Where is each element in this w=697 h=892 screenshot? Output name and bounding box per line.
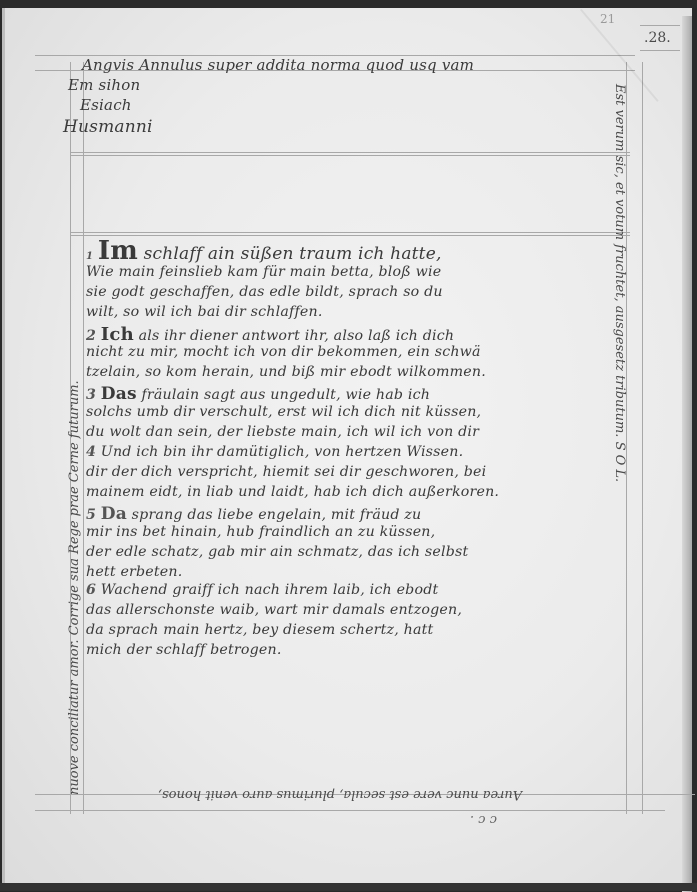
right-margin-rule-2 [642, 62, 643, 814]
poem-line: 2 Ich als ihr diener antwort ihr, also l… [86, 324, 454, 345]
poem-line-text: schlaff ain süßen traum ich hatte, [138, 244, 442, 264]
poem-line-text: Wie main feinslieb kam für main betta, b… [86, 264, 441, 280]
stanza-number: 3 [86, 387, 96, 403]
poem-line-text: Und ich bin ihr damütiglich, von hertzen… [101, 444, 464, 460]
poem-line: hett erbeten. [86, 564, 182, 580]
poem-line-text: solchs umb dir verschult, erst wil ich d… [86, 404, 481, 420]
right-margin-vertical-text: Est verum sic, et votum fruchtet, ausges… [612, 84, 627, 482]
page-edge-shadow [682, 16, 692, 891]
poem-line-text: mainem eidt, in liab und laidt, hab ich … [86, 484, 499, 500]
poem-line: 6 Wachend graiff ich nach ihrem laib, ic… [86, 582, 438, 598]
stanza-number: 6 [86, 582, 96, 598]
section-rule-1 [70, 152, 630, 153]
poem-line-text: hett erbeten. [86, 564, 182, 580]
poem-line: 3 Das fräulain sagt aus ungedult, wie ha… [86, 384, 430, 404]
drop-initial: Ich [101, 324, 134, 345]
left-margin-rule-2 [83, 62, 84, 814]
bottom-rule-2 [35, 810, 665, 811]
folio-rule-top [640, 25, 680, 26]
poem-line: 1 Im schlaff ain süßen traum ich hatte, [86, 236, 442, 266]
poem-line-text: mir ins bet hinain, hub fraindlich an zu… [86, 524, 435, 540]
poem-line-text: der edle schatz, gab mir ain schmatz, da… [86, 544, 468, 560]
stanza-number: 1 [86, 251, 93, 262]
poem-line-text: mich der schlaff betrogen. [86, 642, 282, 658]
drop-initial: Das [101, 384, 137, 404]
bottom-upside-down-text: Aurea nunc vere est secula, plurimus aur… [40, 787, 640, 802]
name-line-3-text: Husmanni [63, 117, 153, 137]
drop-initial: Im [98, 236, 138, 266]
stanza-number: 5 [86, 507, 96, 523]
poem-line: dir der dich verspricht, hiemit sei dir … [86, 464, 486, 480]
poem-line-text: du wolt dan sein, der liebste main, ich … [86, 424, 479, 440]
poem-line-text: das allerschonste waib, wart mir damals … [86, 602, 462, 618]
name-line-1: Em sihon [68, 76, 140, 94]
poem-line-text: wilt, so wil ich bai dir schlaffen. [86, 304, 323, 320]
header-motto: Angvis Annulus super addita norma quod u… [82, 56, 474, 74]
poem-line: da sprach main hertz, bey diesem schertz… [86, 622, 433, 638]
folio-rule-bottom [640, 50, 680, 51]
poem-line: tzelain, so kom herain, und biß mir ebod… [86, 364, 486, 380]
poem-line-text: nicht zu mir, mocht ich von dir bekommen… [86, 344, 481, 360]
poem-line-text: da sprach main hertz, bey diesem schertz… [86, 622, 433, 638]
poem-line: sie godt geschaffen, das edle bildt, spr… [86, 284, 443, 300]
stanza-number: 2 [86, 328, 96, 344]
poem-line-text: tzelain, so kom herain, und biß mir ebod… [86, 364, 486, 380]
folio-number: .28. [644, 30, 671, 46]
poem-line: 5 Da sprang das liebe engelain, mit fräu… [86, 504, 421, 524]
poem-line: 4 Und ich bin ihr damütiglich, von hertz… [86, 444, 463, 460]
poem-line-text: Wachend graiff ich nach ihrem laib, ich … [101, 582, 439, 598]
poem-line: Wie main feinslieb kam für main betta, b… [86, 264, 441, 280]
name-line-3: Husmanni [63, 117, 153, 137]
poem-line-text: sie godt geschaffen, das edle bildt, spr… [86, 284, 443, 300]
name-line-2: Esiach [80, 96, 132, 114]
scan-bottom-border [0, 883, 697, 891]
drop-initial: Da [101, 504, 127, 524]
poem-line: mainem eidt, in liab und laidt, hab ich … [86, 484, 499, 500]
section-rule-1b [70, 155, 630, 156]
poem-line: du wolt dan sein, der liebste main, ich … [86, 424, 479, 440]
poem-line: das allerschonste waib, wart mir damals … [86, 602, 462, 618]
poem-line: mir ins bet hinain, hub fraindlich an zu… [86, 524, 435, 540]
poem-line: nicht zu mir, mocht ich von dir bekommen… [86, 344, 481, 360]
left-margin-vertical-text: nuove conciliatur amor. Corrige sua Rege… [67, 380, 82, 795]
poem-line: solchs umb dir verschult, erst wil ich d… [86, 404, 481, 420]
poem-line: mich der schlaff betrogen. [86, 642, 282, 658]
stanza-number: 4 [86, 444, 96, 460]
poem-line: der edle schatz, gab mir ain schmatz, da… [86, 544, 468, 560]
bottom-marks: c c . [470, 812, 497, 827]
pencil-page-number: 21 [600, 12, 615, 26]
poem-line-text: als ihr diener antwort ihr, also laß ich… [134, 328, 454, 344]
poem-line: wilt, so wil ich bai dir schlaffen. [86, 304, 323, 320]
poem-line-text: fräulain sagt aus ungedult, wie hab ich [137, 387, 430, 403]
poem-line-text: sprang das liebe engelain, mit fräud zu [127, 507, 421, 523]
section-rule-2 [70, 232, 630, 233]
poem-line-text: dir der dich verspricht, hiemit sei dir … [86, 464, 486, 480]
scan-top-border [0, 0, 697, 8]
